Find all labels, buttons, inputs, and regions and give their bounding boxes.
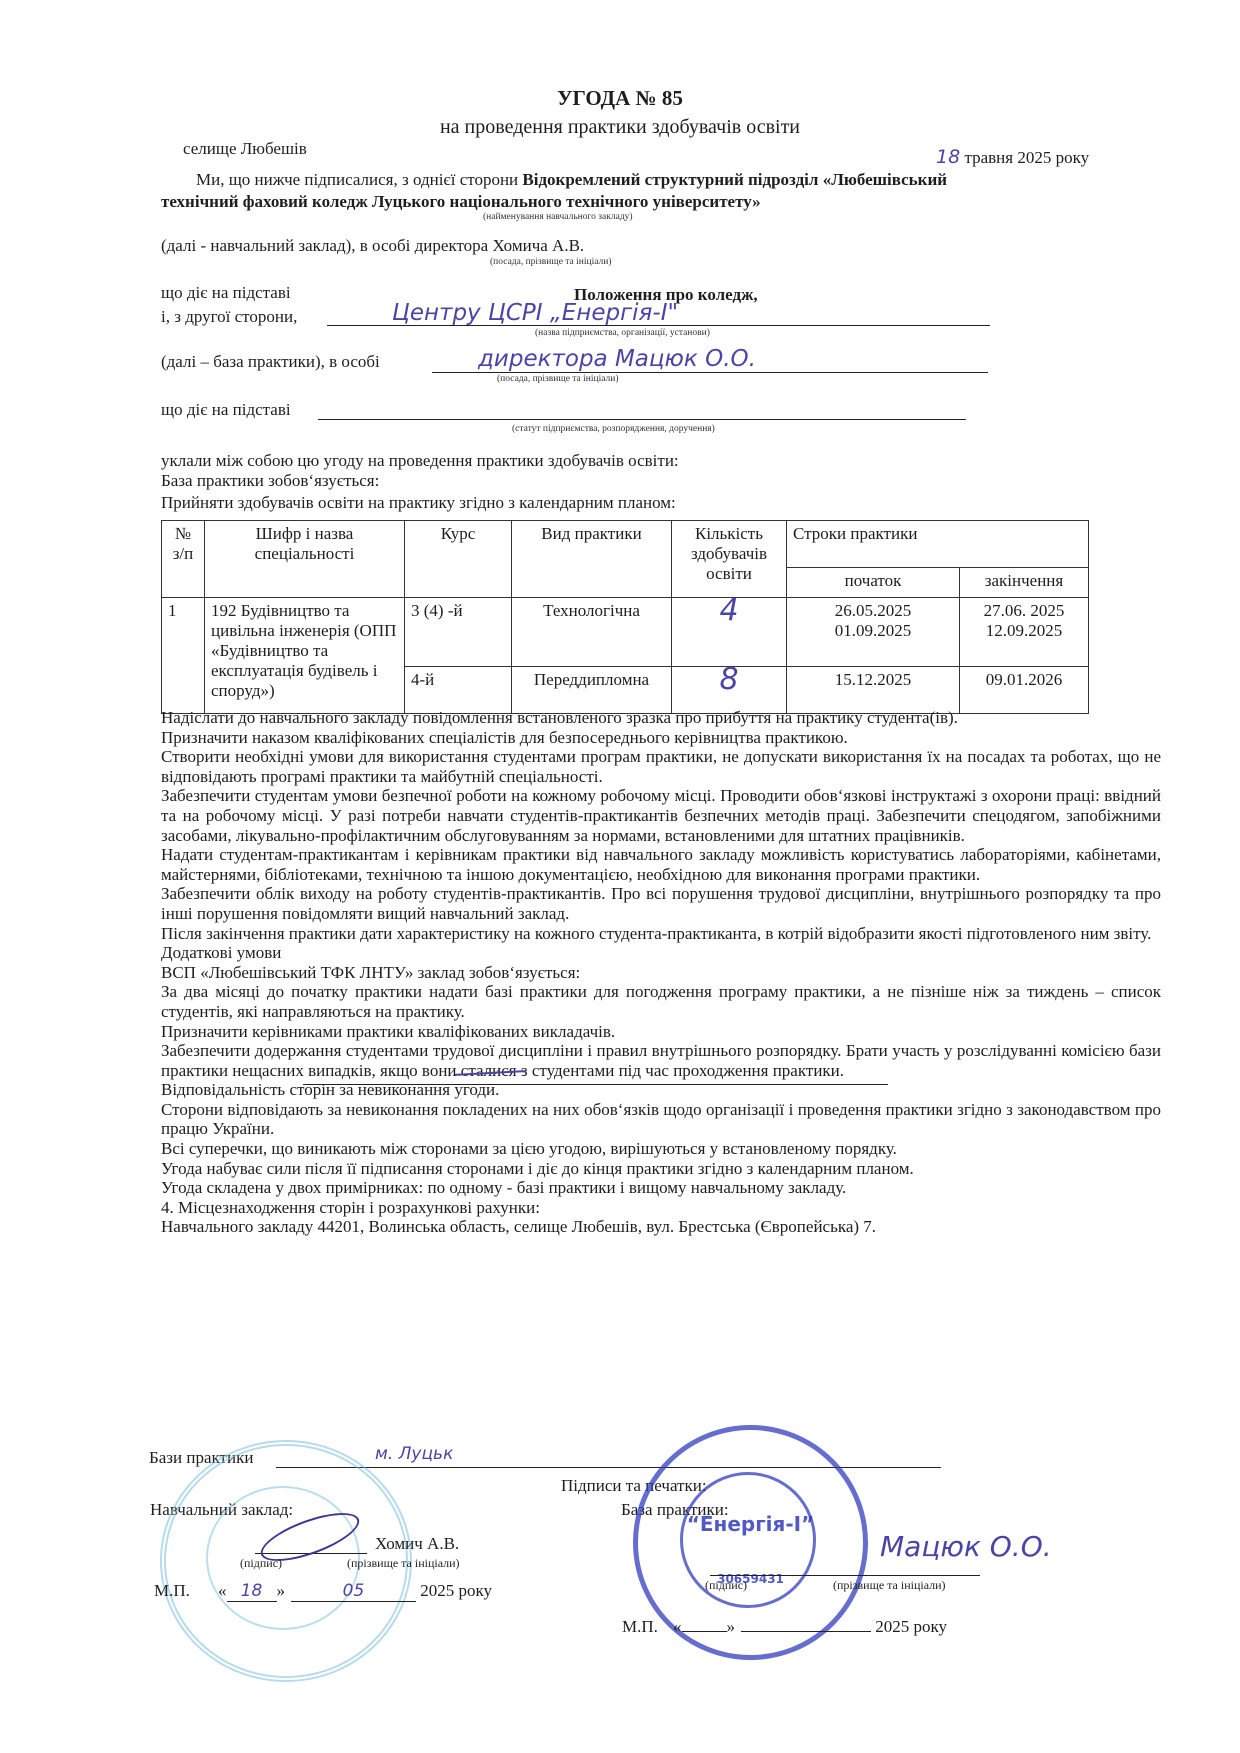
duty-item: Після закінчення практики дати характери… <box>161 924 1161 944</box>
caption-enterprise: (назва підприємства, організації, устано… <box>535 328 710 338</box>
header-type: Вид практики <box>512 521 672 598</box>
document-subtitle: на проведення практики здобувачів освіти <box>0 116 1240 139</box>
base-signer-handwritten: Мацюк О.О. <box>880 1530 1052 1563</box>
agreement-date: 18 травня 2025 року <box>936 147 1089 168</box>
college-date-year: 2025 року <box>420 1581 492 1600</box>
base-signature-line <box>710 1575 980 1576</box>
duty-item: Створити необхідні умови для використанн… <box>161 747 1161 786</box>
basis-label: що діє на підставі <box>161 283 291 303</box>
base-date: «» 2025 року <box>673 1617 947 1637</box>
seal-center-text: “Енергія-І” <box>638 1512 863 1536</box>
duty-item: Забезпечити студентам умови безпечної ро… <box>161 786 1161 845</box>
caption-statute: (статут підприємства, розпорядження, дор… <box>512 424 715 434</box>
header-count: Кількість здобувачів освіти <box>672 521 787 598</box>
caption-signature-base: (підпис) <box>705 1578 747 1593</box>
practice-schedule-table: № з/п Шифр і назва спеціальності Курс Ви… <box>161 520 1089 714</box>
base-basis-field-line <box>318 419 966 420</box>
duty-item: Угода набуває сили після її підписання с… <box>161 1159 1161 1179</box>
header-terms: Строки практики <box>787 521 1089 568</box>
end-date: 12.09.2025 <box>966 621 1082 641</box>
second-party-label: і, з другої сторони, <box>161 307 297 327</box>
institution-name-part2: технічний фаховий коледж Луцького націон… <box>161 192 761 212</box>
additional-terms: Додаткові умови <box>161 943 1161 963</box>
duty-item: Угода складена у двох примірниках: по од… <box>161 1178 1161 1198</box>
start-date: 01.09.2025 <box>793 621 953 641</box>
additional-terms-line <box>303 1084 888 1085</box>
duty-item: Призначити наказом кваліфікованих спеціа… <box>161 728 1161 748</box>
header-start: початок <box>787 568 960 598</box>
duty-item: Сторони відповідають за невиконання покл… <box>161 1100 1161 1139</box>
college-date: «18»05 2025 року <box>218 1581 492 1602</box>
cell-count: 4 <box>672 598 787 667</box>
header-num: № з/п <box>162 521 205 598</box>
base-duties: Надіслати до навчального закладу повідом… <box>161 708 1161 1237</box>
duty-item: За два місяці до початку практики надати… <box>161 982 1161 1021</box>
table-header-row: № з/п Шифр і назва спеціальності Курс Ви… <box>162 521 1089 568</box>
base-date-year: 2025 року <box>875 1617 947 1636</box>
date-rest: травня 2025 року <box>964 148 1089 167</box>
base-person-field-line <box>432 372 988 373</box>
cell-num: 1 <box>162 598 205 714</box>
caption-institution: (найменування навчального закладу) <box>483 212 633 222</box>
college-signer-name: Хомич А.В. <box>375 1534 459 1554</box>
caption-name-base: (прізвище та ініціали) <box>833 1578 946 1593</box>
header-specialty: Шифр і назва спеціальності <box>205 521 405 598</box>
cell-type: Технологічна <box>512 598 672 667</box>
duty-item: Надіслати до навчального закладу повідом… <box>161 708 1161 728</box>
cell-end: 09.01.2026 <box>960 667 1089 714</box>
cell-type: Переддипломна <box>512 667 672 714</box>
duty-item: Забезпечити облік виходу на роботу студе… <box>161 884 1161 923</box>
duty-item: Надати студентам-практикантам і керівник… <box>161 845 1161 884</box>
cell-course: 3 (4) -й <box>405 598 512 667</box>
intro-line-1: Ми, що нижче підписалися, з однієї сторо… <box>196 170 947 190</box>
accept-text: Прийняти здобувачів освіти на практику з… <box>161 493 676 513</box>
cell-course: 4-й <box>405 667 512 714</box>
start-date: 26.05.2025 <box>793 601 953 621</box>
caption-position: (посада, прізвище та ініціали) <box>490 257 612 267</box>
caption-name: (прізвище та ініціали) <box>347 1556 460 1571</box>
document-title: УГОДА № 85 <box>0 86 1240 111</box>
base-date-day <box>682 1631 727 1632</box>
cell-specialty: 192 Будівництво та цивільна інженерія (О… <box>205 598 405 714</box>
location-heading: 4. Місцезнаходження сторін і розрахунков… <box>161 1198 1161 1218</box>
base-person-label: (далі – база практики), в особі <box>161 352 380 372</box>
institution-name-part1: Відокремлений структурний підрозділ «Люб… <box>522 170 947 189</box>
mp-base: М.П. <box>622 1617 658 1637</box>
base-basis-label: що діє на підставі <box>161 400 291 420</box>
college-address: Навчального закладу 44201, Волинська обл… <box>161 1217 1161 1237</box>
college-obliges-heading: ВСП «Любешівський ТФК ЛНТУ» заклад зобов… <box>161 963 1161 983</box>
duty-item: Призначити керівниками практики кваліфік… <box>161 1022 1161 1042</box>
cell-count: 8 <box>672 667 787 714</box>
duty-item: Всі суперечки, що виникають між сторонам… <box>161 1139 1161 1159</box>
caption-person: (посада, прізвище та ініціали) <box>497 374 619 384</box>
duty-item: Забезпечити додержання студентами трудов… <box>161 1041 1161 1080</box>
base-date-month <box>741 1631 871 1632</box>
date-day-handwritten: 18 <box>936 146 960 168</box>
header-end: закінчення <box>960 568 1089 598</box>
intro-plain: Ми, що нижче підписалися, з однієї сторо… <box>196 170 522 189</box>
header-course: Курс <box>405 521 512 598</box>
cell-end: 27.06. 2025 12.09.2025 <box>960 598 1089 667</box>
base-person-handwritten: директора Мацюк О.О. <box>478 346 756 372</box>
additional-terms-label: Додаткові умови <box>161 943 281 962</box>
place-name: селище Любешів <box>183 139 307 159</box>
cell-start: 26.05.2025 01.09.2025 <box>787 598 960 667</box>
college-date-month: 05 <box>291 1581 416 1602</box>
concluded-text: уклали між собою цю угоду на проведення … <box>161 451 679 471</box>
mp-college: М.П. <box>154 1581 190 1601</box>
table-row: 1 192 Будівництво та цивільна інженерія … <box>162 598 1089 667</box>
base-obliges-heading: База практики зобов‘язується: <box>161 471 379 491</box>
second-party-handwritten: Центру ЦСРІ „Енергія-І" <box>392 300 678 326</box>
end-date: 27.06. 2025 <box>966 601 1082 621</box>
director-line: (далі - навчальний заклад), в особі дире… <box>161 236 584 256</box>
base-location-handwritten: м. Луцьк <box>375 1444 453 1464</box>
college-date-day: 18 <box>227 1581 277 1602</box>
cell-start: 15.12.2025 <box>787 667 960 714</box>
caption-signature: (підпис) <box>240 1556 282 1571</box>
